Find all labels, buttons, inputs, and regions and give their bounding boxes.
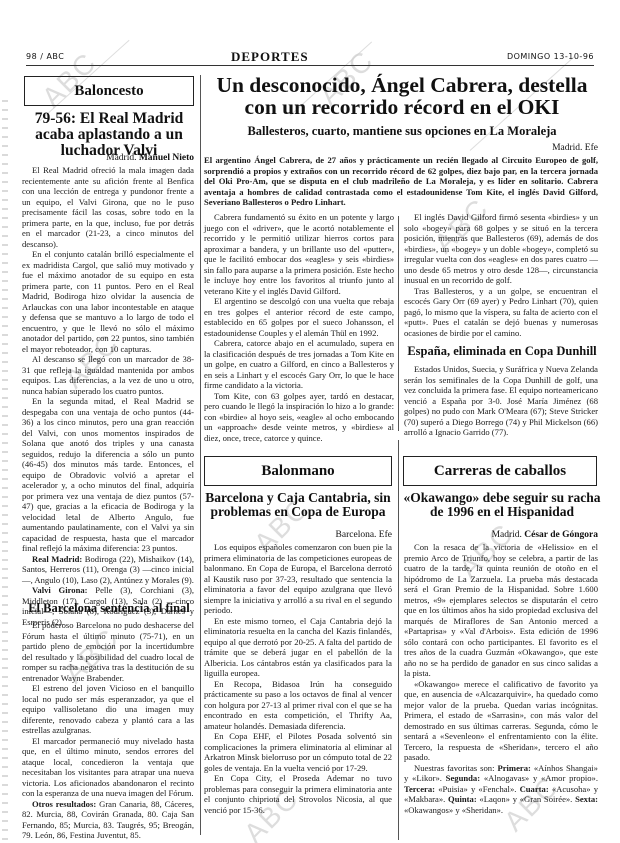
paragraph: El poderoso Barcelona no pudo deshacerse… xyxy=(22,620,194,683)
barcelona-basketball-body: El poderoso Barcelona no pudo deshacerse… xyxy=(22,620,194,841)
paragraph: Cabrera, catorce abajo en el acumulado, … xyxy=(204,338,394,391)
paragraph: Con la resaca de la victoria de «Helissi… xyxy=(404,542,598,679)
pick-value: «Okawangos» y «Sheridan». xyxy=(404,805,503,815)
lineup-label: Valvi Girona: xyxy=(32,585,88,595)
handball-headline: Barcelona y Caja Cantabria, sin problema… xyxy=(202,491,394,519)
paragraph: En la segunda mitad, el Real Madrid se d… xyxy=(22,396,194,554)
paragraph: En Copa EHF, el Pilotes Posada solventó … xyxy=(204,731,392,773)
byline-place: Madrid. xyxy=(492,530,522,540)
pick-label: Sexta: xyxy=(575,794,598,804)
results-label: Otros resultados: xyxy=(32,799,96,809)
pick-value: «Alnogavas» y «Amor propio». xyxy=(484,773,598,783)
pick-value: «Puisia» y «Fenchal». xyxy=(438,784,516,794)
dunhill-headline: España, eliminada en Copa Dunhill xyxy=(404,345,600,358)
golf-column-1: Cabrera fundamentó su éxito en un potent… xyxy=(204,212,394,443)
pick-label: Primera: xyxy=(497,763,530,773)
paragraph: En este mismo torneo, el Caja Cantabria … xyxy=(204,616,392,679)
newspaper-page: ABC ABC ABC ABC ABC ABC ABC ABC ABC 98 /… xyxy=(0,0,620,843)
pick-label: Cuarta: xyxy=(520,784,549,794)
pick-label: Quinta: xyxy=(448,794,477,804)
golf-column-2: El inglés David Gilford firmó sesenta «b… xyxy=(404,212,598,338)
section-label-baloncesto: Baloncesto xyxy=(24,76,194,106)
golf-subheadline: Ballesteros, cuarto, mantiene sus opcion… xyxy=(204,124,600,139)
section-title: DEPORTES xyxy=(231,49,309,65)
paragraph: El marcador permaneció muy nivelado hast… xyxy=(22,736,194,799)
barcelona-basketball-headline: El Barcelona sentencia al final xyxy=(22,602,196,615)
paragraph: Los equipos españoles comenzaron con bue… xyxy=(204,542,392,616)
dunhill-body: Estados Unidos, Suecia, y Suráfrica y Nu… xyxy=(404,364,598,438)
horse-racing-headline: «Okawango» debe seguir su racha de 1996 … xyxy=(402,491,602,519)
section-label-text: Baloncesto xyxy=(74,83,143,100)
other-results: Otros resultados: Gran Canaria, 88, Cáce… xyxy=(22,799,194,841)
lineup-label: Real Madrid: xyxy=(32,554,82,564)
lead-paragraph: El argentino Ángel Cabrera, de 27 años y… xyxy=(204,155,598,208)
page-header: 98 / ABC DEPORTES DOMINGO 13-10-96 xyxy=(26,51,594,66)
pick-label: Tercera: xyxy=(404,784,435,794)
picks-paragraph: Nuestras favoritas son: Primera: «Aínhos… xyxy=(404,763,598,816)
paragraph: Al descanso se llegó con un marcador de … xyxy=(22,354,194,396)
paragraph: Cabrera fundamentó su éxito en un potent… xyxy=(204,212,394,296)
handball-body: Los equipos españoles comenzaron con bue… xyxy=(204,542,392,815)
picks-intro: Nuestras favoritas son: xyxy=(414,763,494,773)
paragraph: El Real Madrid ofreció la mala imagen da… xyxy=(22,165,194,249)
paragraph: En Recopa, Bidasoa Irún ha conseguido pr… xyxy=(204,679,392,732)
column-rule xyxy=(398,440,399,840)
golf-headline: Un desconocido, Ángel Cabrera, destella … xyxy=(204,74,600,119)
section-label-text: Balonmano xyxy=(261,463,334,480)
paragraph: El argentino se descolgó con una vuelta … xyxy=(204,296,394,338)
byline-author: César de Góngora xyxy=(524,530,598,540)
golf-lead: El argentino Ángel Cabrera, de 27 años y… xyxy=(204,155,598,208)
basketball-byline: Madrid. Manuel Nieto xyxy=(22,153,194,163)
paragraph: Estados Unidos, Suecia, y Suráfrica y Nu… xyxy=(404,364,598,438)
page-number: 98 / ABC xyxy=(26,52,64,61)
pick-label: Segunda: xyxy=(446,773,480,783)
golf-byline: Madrid. Efe xyxy=(204,143,598,153)
lineup-home: Real Madrid: Bodiroga (22), Mishaikov (1… xyxy=(22,554,194,586)
column-rule xyxy=(200,75,201,835)
horse-racing-byline: Madrid. César de Góngora xyxy=(404,530,598,540)
pick-value: «Laqon» y «Gran Soirée». xyxy=(479,794,572,804)
scan-edge-noise xyxy=(2,100,8,840)
issue-date: DOMINGO 13-10-96 xyxy=(507,52,594,61)
paragraph: El inglés David Gilford firmó sesenta «b… xyxy=(404,212,598,286)
section-label-text: Carreras de caballos xyxy=(434,463,566,480)
paragraph: Tom Kite, con 63 golpes ayer, tardó en d… xyxy=(204,391,394,444)
paragraph: Tras Ballesteros, y a un golpe, se encue… xyxy=(404,286,598,339)
paragraph: «Okawango» merece el calificativo de fav… xyxy=(404,679,598,763)
byline-author: Manuel Nieto xyxy=(139,153,194,163)
section-label-balonmano: Balonmano xyxy=(204,456,392,486)
byline-place: Madrid. xyxy=(106,153,136,163)
basketball-article-body: El Real Madrid ofreció la mala imagen da… xyxy=(22,165,194,627)
section-label-carreras: Carreras de caballos xyxy=(403,456,597,486)
paragraph: En Copa City, el Proseda Ademar no tuvo … xyxy=(204,773,392,815)
column-rule xyxy=(398,216,399,431)
handball-byline: Barcelona. Efe xyxy=(204,530,392,540)
paragraph: El estreno del joven Vicioso en el banqu… xyxy=(22,683,194,736)
horse-racing-body: Con la resaca de la victoria de «Helissi… xyxy=(404,542,598,815)
paragraph: En el conjunto catalán brilló especialme… xyxy=(22,249,194,354)
